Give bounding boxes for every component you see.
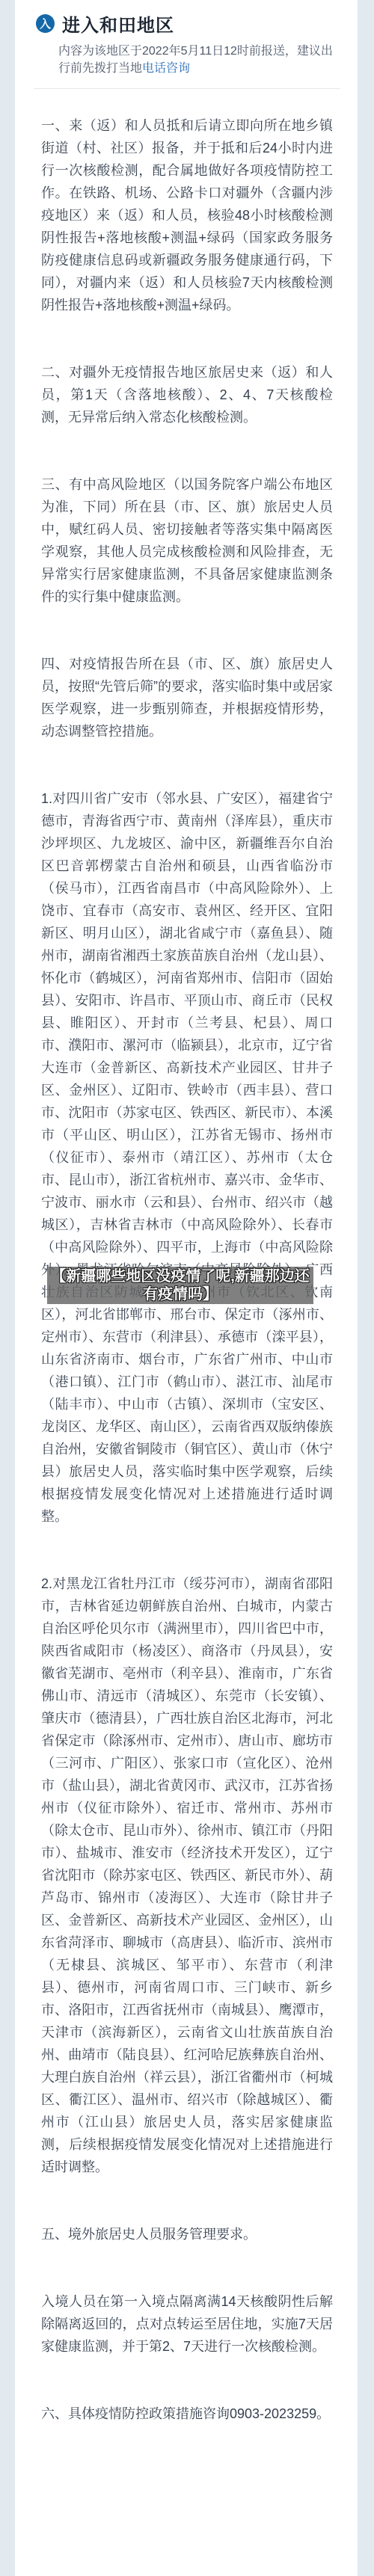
policy-paragraph-4-item-1: 1.对四川省广安市（邻水县、广安区），福建省宁德市，青海省西宁市、黄南州（泽库县… [41, 787, 333, 1528]
watermark-overlay: 【新疆哪些地区没疫情了呢,新疆那边还有疫情吗】 [47, 1267, 313, 1304]
notice-text: 内容为该地区于2022年5月11日12时前报送，建议出行前先拨打当地 [58, 45, 333, 75]
page-title: 进入和田地区 [62, 10, 174, 37]
enter-icon-glyph: 入 [40, 16, 51, 31]
policy-paragraph-6: 六、具体疫情防控政策措施咨询0903-2023259。 [41, 2403, 333, 2425]
policy-paragraph-4: 四、对疫情报告所在县（市、区、旗）旅居史人员，按照“先管后筛”的要求，落实临时集… [41, 653, 333, 743]
policy-paragraph-1: 一、来（返）和人员抵和后请立即向所在地乡镇街道（村、社区）报备，并于抵和后24小… [41, 114, 333, 316]
policy-paragraph-5-detail: 入境人员在第一入境点隔离满14天核酸阴性后解除隔离返回的，点对点转运至居住地，实… [41, 2290, 333, 2358]
page-background: 入 进入和田地区 内容为该地区于2022年5月11日12时前报送，建议出行前先拨… [0, 0, 374, 2576]
phone-consult-link[interactable]: 电话咨询 [142, 62, 190, 75]
policy-paragraph-4-item-2: 2.对黑龙江省牡丹江市（绥芬河市），湖南省邵阳市，吉林省延边朝鲜族自治州、白城市… [41, 1573, 333, 2178]
policy-paragraph-3: 三、有中高风险地区（以国务院客户端公布地区为准，下同）所在县（市、区、旗）旅居史… [41, 473, 333, 608]
page-header: 入 进入和田地区 [15, 10, 358, 37]
policy-paragraph-5: 五、境外旅居史人员服务管理要求。 [41, 2223, 333, 2245]
enter-icon: 入 [36, 14, 55, 33]
policy-paragraph-2: 二、对疆外无疫情报告地区旅居史来（返）和人员，第1天（含落地核酸）、2、4、7天… [41, 361, 333, 428]
report-notice: 内容为该地区于2022年5月11日12时前报送，建议出行前先拨打当地电话咨询 [58, 43, 340, 77]
watermark-text: 【新疆哪些地区没疫情了呢,新疆那边还有疫情吗】 [51, 1268, 310, 1303]
